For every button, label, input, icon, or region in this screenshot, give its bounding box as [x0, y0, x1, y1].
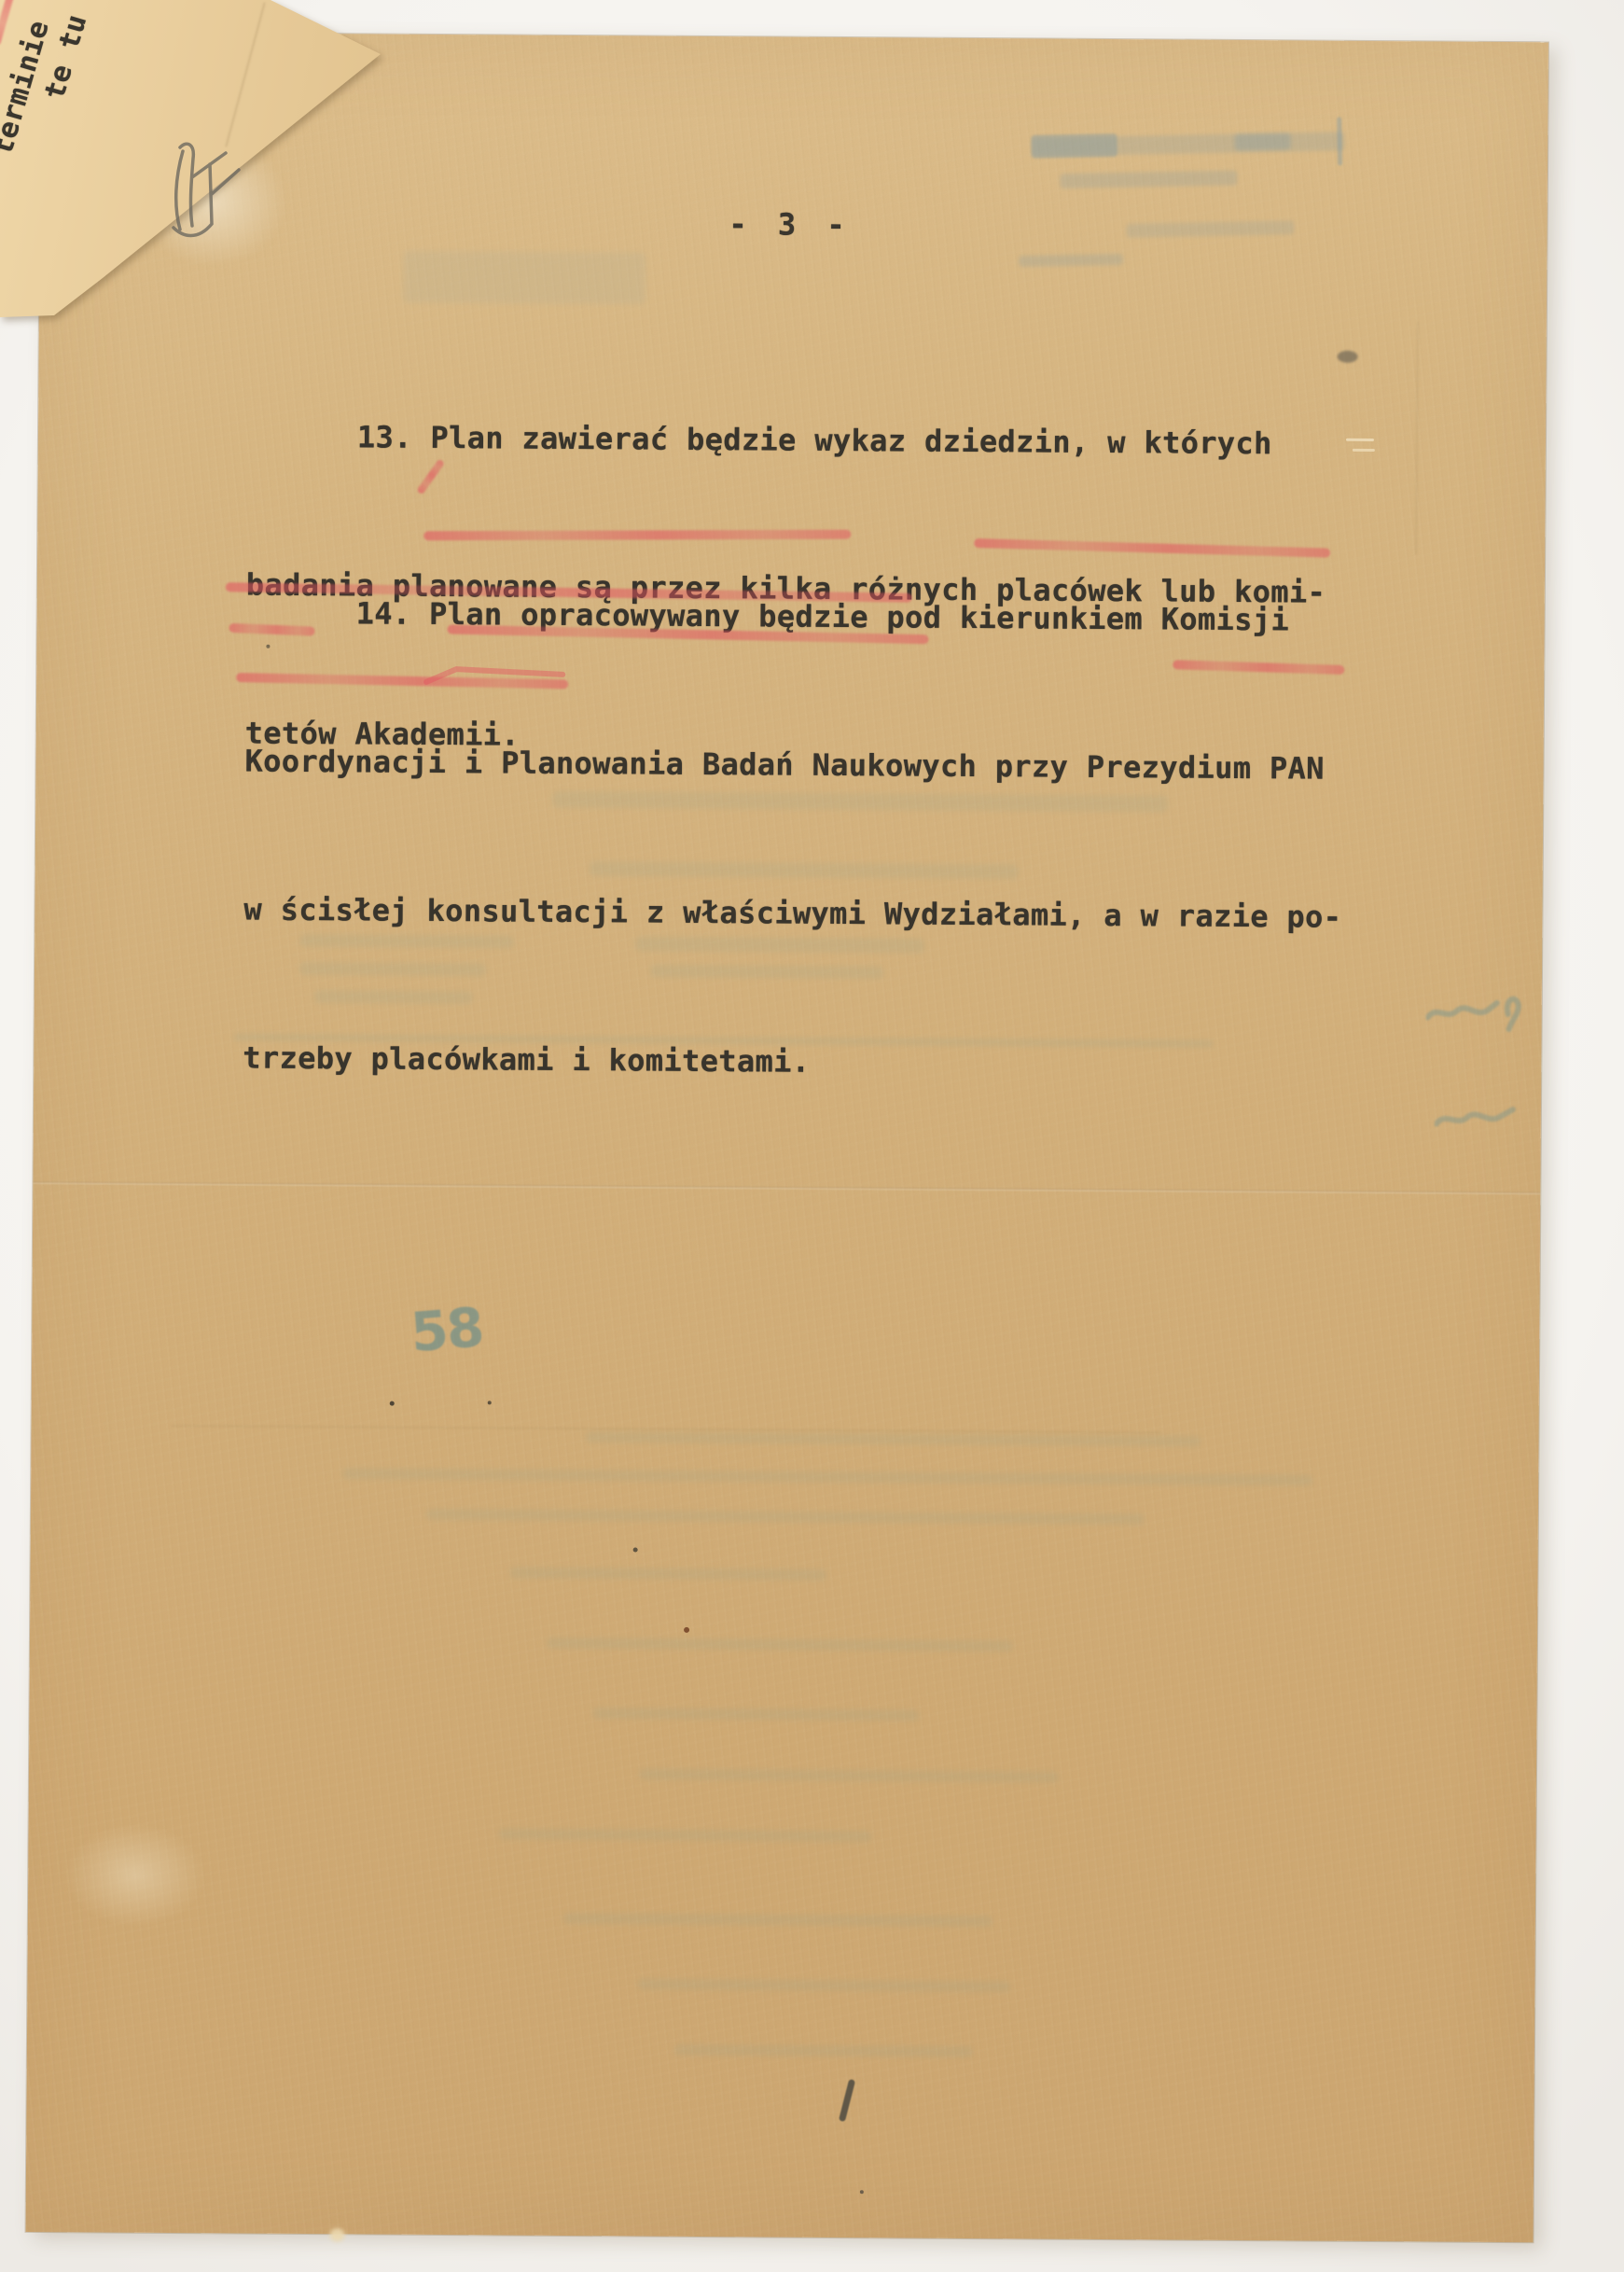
- fold-crease-vertical: [1415, 321, 1419, 554]
- dust-speck: [860, 2190, 864, 2194]
- pen-stroke-bottom: [839, 2079, 855, 2122]
- red-underline-on-scrap: [0, 0, 15, 46]
- document-page: - 3 - 13. Plan zawierać będzie wykaz dzi…: [26, 32, 1548, 2242]
- dust-speck: [684, 1627, 689, 1633]
- pale-stain: [65, 1823, 206, 1927]
- typed-line: Koordynacji i Planowania Badań Naukowych…: [244, 737, 1373, 794]
- dust-speck: [488, 1401, 492, 1404]
- blue-pencil-squiggle: [1435, 1097, 1528, 1139]
- blue-pencil-squiggle: [1426, 989, 1529, 1038]
- dust-speck: [390, 1401, 395, 1406]
- typed-line: 13. Plan zawierać będzie wykaz dziedzin,…: [247, 412, 1376, 469]
- pale-stain: [329, 2228, 344, 2241]
- typed-line: w ścisłej konsultacji z właściwymi Wydzi…: [243, 885, 1372, 942]
- red-crayon-underline: [423, 530, 851, 541]
- overlapping-paper-scrap: te tu terminie: [0, 0, 401, 336]
- fold-crease-horizontal-2: [172, 1425, 1160, 1433]
- page-number: - 3 -: [693, 206, 880, 243]
- scrap-paper-surface: te tu terminie: [0, 0, 401, 336]
- dust-speck: [633, 1547, 638, 1552]
- typed-line: trzeby placówkami i komitetami.: [243, 1034, 1371, 1091]
- scrap-fold-crease: [225, 2, 265, 146]
- blue-pencil-number: 58: [409, 1295, 485, 1364]
- faded-stamp: [1012, 117, 1360, 282]
